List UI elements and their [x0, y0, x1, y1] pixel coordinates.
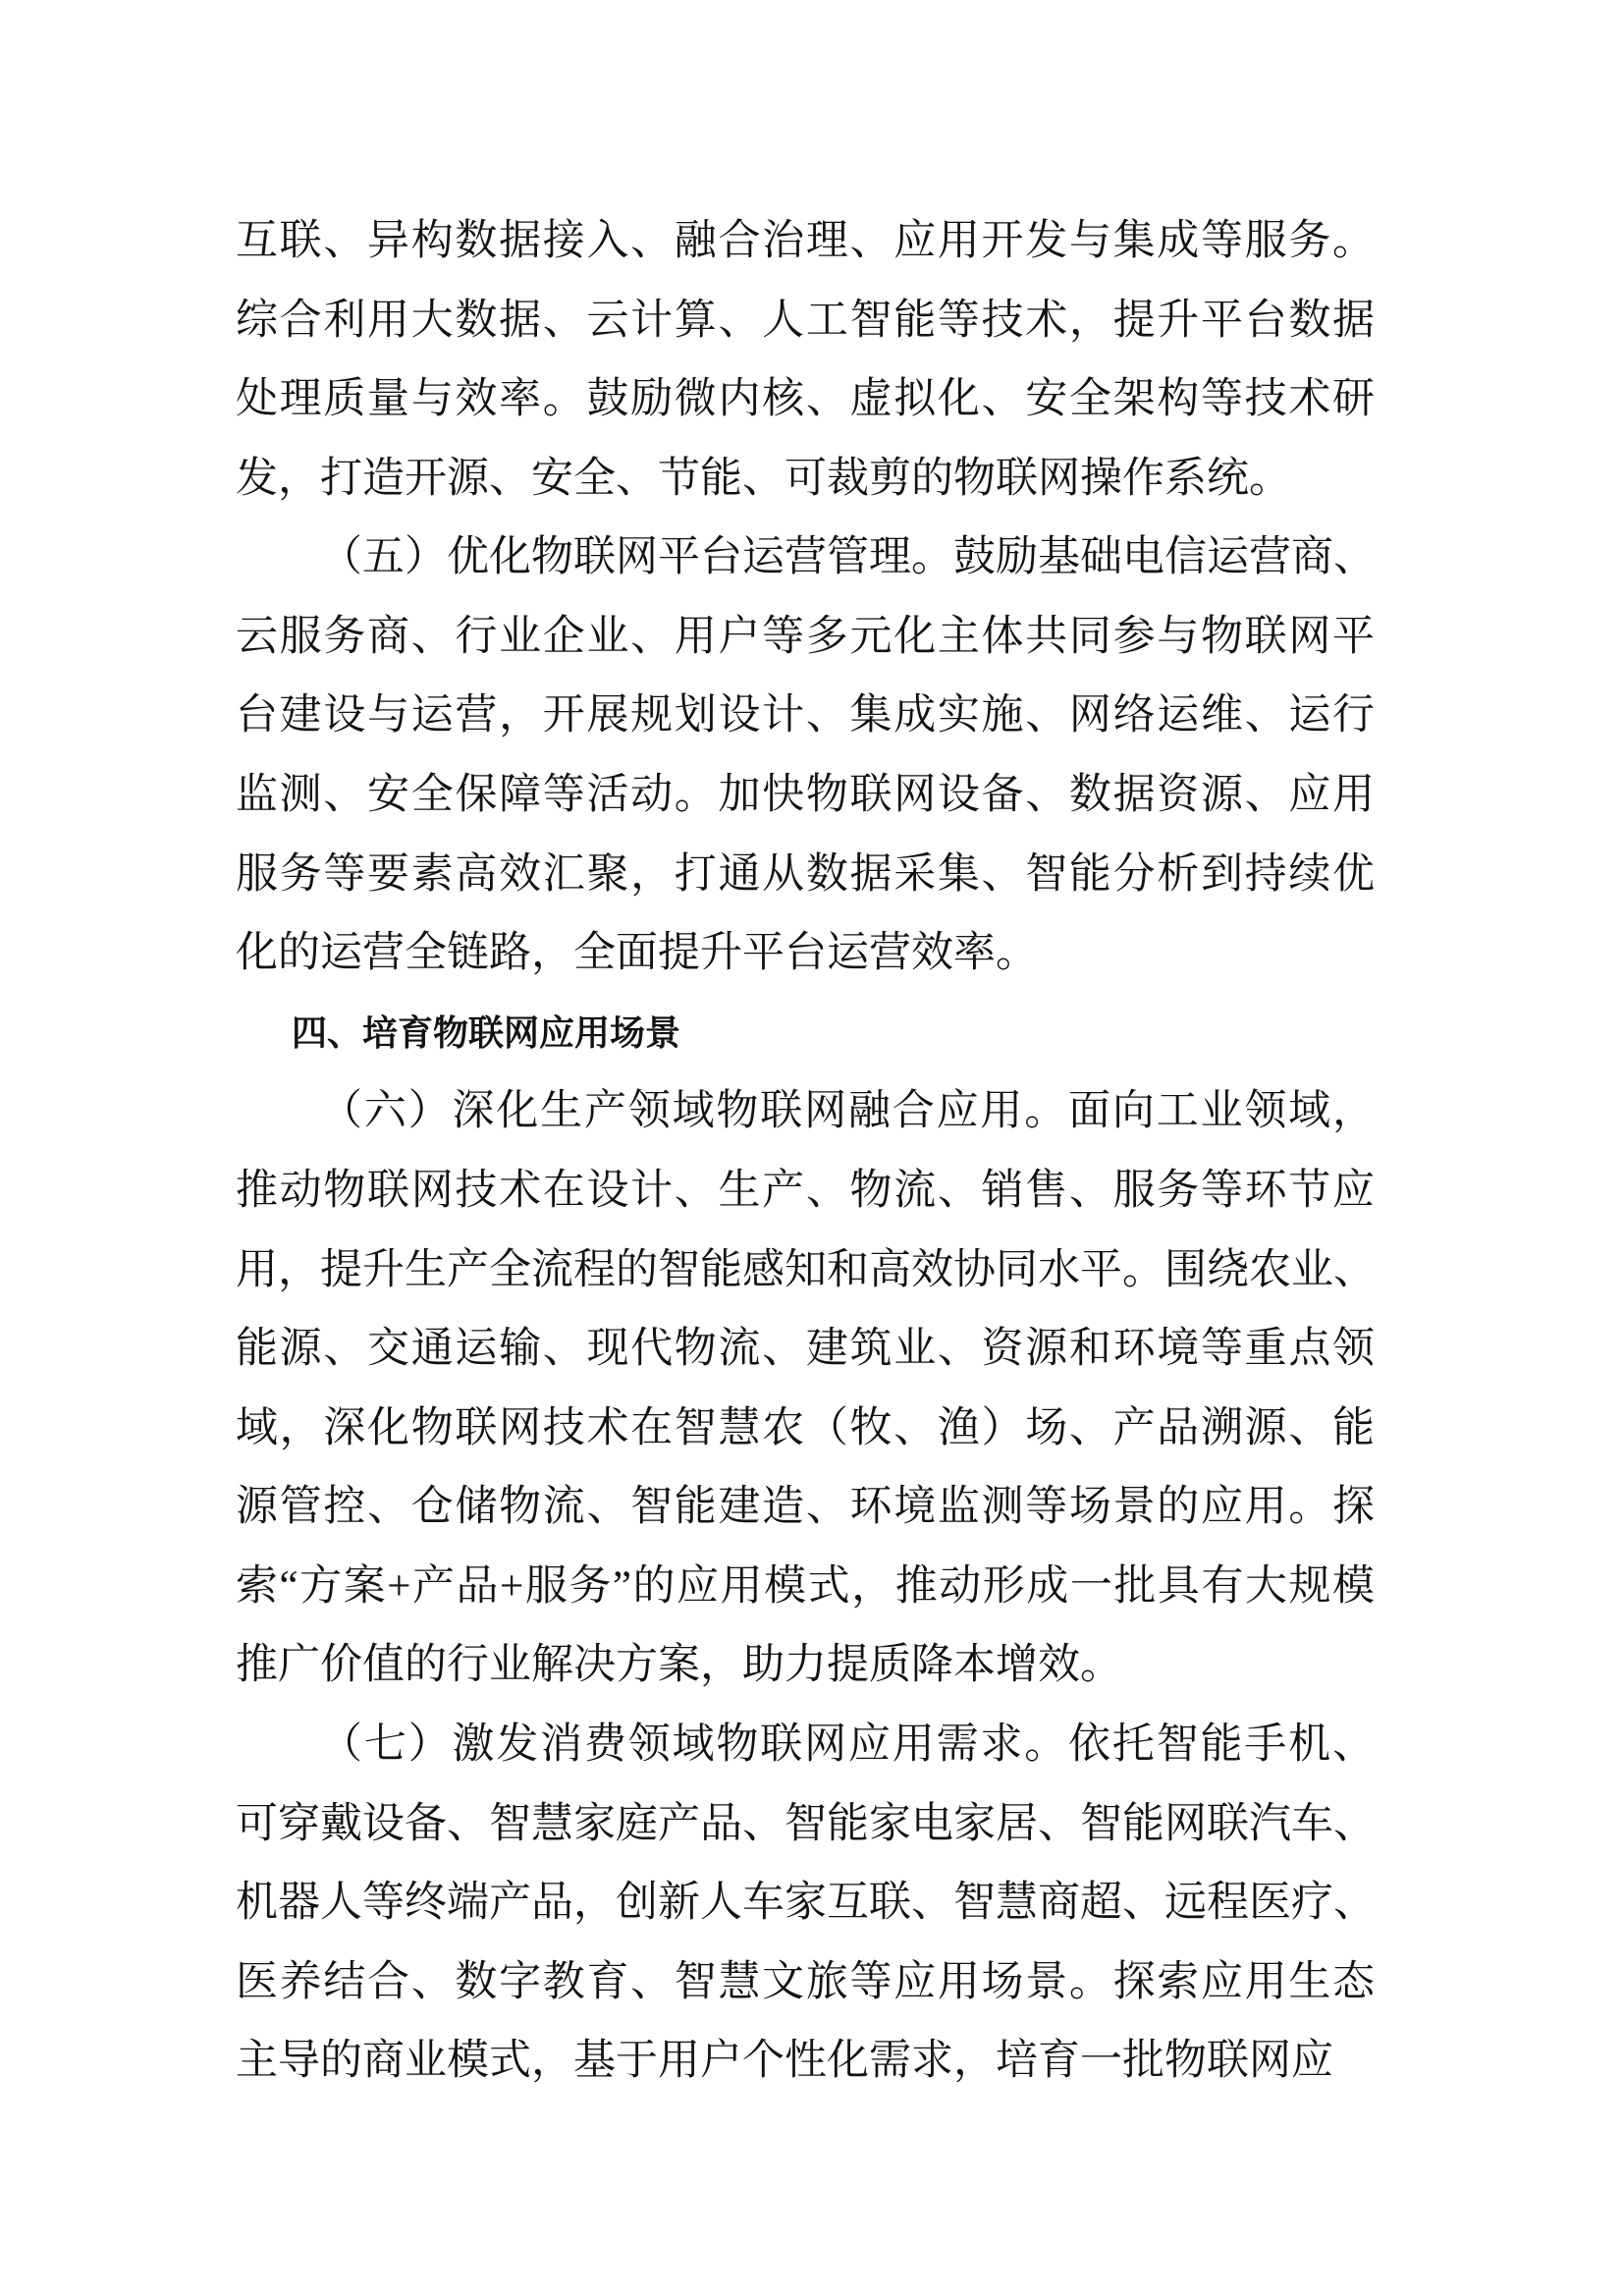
text-line: 用，提升生产全流程的智能感知和高效协同水平。围绕农业、 [236, 1231, 1375, 1311]
text-block: 互联、异构数据接入、融合治理、应用开发与集成等服务。 综合利用大数据、云计算、人… [236, 202, 1375, 2102]
text-line: 服务等要素高效汇聚，打通从数据采集、智能分析到持续优 [236, 836, 1375, 915]
text-line: 索“方案+产品+服务”的应用模式，推动形成一批具有大规模 [236, 1548, 1375, 1627]
text-line: 推广价值的行业解决方案，助力提质降本增效。 [236, 1626, 1375, 1706]
text-line: 机器人等终端产品，创新人车家互联、智慧商超、远程医疗、 [236, 1864, 1375, 1943]
text-line: 医养结合、数字教育、智慧文旅等应用场景。探索应用生态 [236, 1943, 1375, 2023]
text-line: 监测、安全保障等活动。加快物联网设备、数据资源、应用 [236, 756, 1375, 836]
text-line: 推动物联网技术在设计、生产、物流、销售、服务等环节应 [236, 1152, 1375, 1231]
text-line: 能源、交通运输、现代物流、建筑业、资源和环境等重点领 [236, 1310, 1375, 1390]
text-line: 综合利用大数据、云计算、人工智能等技术，提升平台数据 [236, 282, 1375, 361]
text-line: 域，深化物联网技术在智慧农（牧、渔）场、产品溯源、能 [236, 1390, 1375, 1469]
text-line: 台建设与运营，开展规划设计、集成实施、网络运维、运行 [236, 677, 1375, 756]
text-line: 处理质量与效率。鼓励微内核、虚拟化、安全架构等技术研 [236, 360, 1375, 440]
text-line: 互联、异构数据接入、融合治理、应用开发与集成等服务。 [236, 202, 1375, 282]
text-line: 云服务商、行业企业、用户等多元化主体共同参与物联网平 [236, 598, 1375, 678]
text-line: 化的运营全链路，全面提升平台运营效率。 [236, 914, 1375, 994]
paragraph-start-line: （六）深化生产领域物联网融合应用。面向工业领域， [236, 1072, 1375, 1152]
paragraph-start-line: （七）激发消费领域物联网应用需求。依托智能手机、 [236, 1706, 1375, 1785]
text-line: 发，打造开源、安全、节能、可裁剪的物联网操作系统。 [236, 440, 1375, 519]
text-line: 源管控、仓储物流、智能建造、环境监测等场景的应用。探 [236, 1468, 1375, 1548]
text-line: 主导的商业模式，基于用户个性化需求，培育一批物联网应 [236, 2022, 1375, 2102]
document-page: 互联、异构数据接入、融合治理、应用开发与集成等服务。 综合利用大数据、云计算、人… [0, 0, 1623, 2296]
paragraph-start-line: （五）优化物联网平台运营管理。鼓励基础电信运营商、 [236, 519, 1375, 598]
text-line: 可穿戴设备、智慧家庭产品、智能家电家居、智能网联汽车、 [236, 1785, 1375, 1865]
section-heading: 四、培育物联网应用场景 [236, 994, 1375, 1073]
